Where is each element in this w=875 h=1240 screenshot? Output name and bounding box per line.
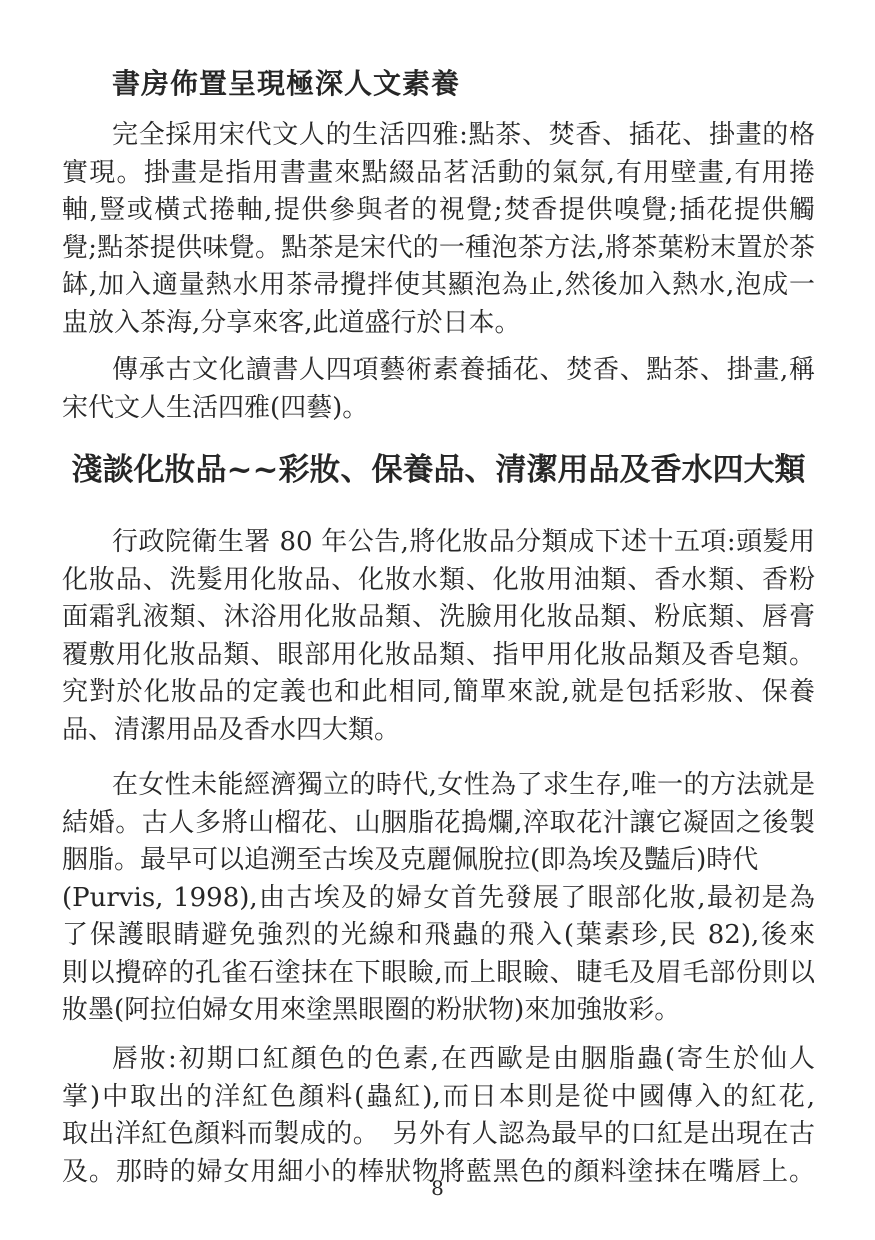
text-line: 覆敷用化妝品類、眼部用化妝品類、指甲用化妝品類及香皂類。本研 bbox=[62, 637, 815, 675]
text-line: 宋代文人生活四雅(四藝)。 bbox=[62, 390, 815, 428]
text-line: 品、清潔用品及香水四大類。 bbox=[62, 712, 815, 750]
text-line: 面霜乳液類、沐浴用化妝品類、洗臉用化妝品類、粉底類、唇膏類、 bbox=[62, 599, 815, 637]
text-line: 化妝品、洗髮用化妝品、化妝水類、化妝用油類、香水類、香粉類、 bbox=[62, 562, 815, 600]
paragraph-four-graces: 完全採用宋代文人的生活四雅:點茶、焚香、插花、掛畫的格局 實現。掛畫是指用書畫來… bbox=[62, 117, 815, 342]
text-line: 行政院衛生署 80 年公告,將化妝品分類成下述十五項:頭髮用 bbox=[62, 524, 815, 562]
text-line: 缽,加入適量熱水用茶帚攪拌使其顯泡為止,然後加入熱水,泡成一 bbox=[62, 267, 815, 305]
text-line: 則以攪碎的孔雀石塗抹在下眼瞼,而上眼瞼、睫毛及眉毛部份則以化 bbox=[62, 955, 815, 993]
paragraph-lip-makeup: 唇妝:初期口紅顏色的色素,在西歐是由胭脂蟲(寄生於仙人 掌)中取出的洋紅色顏料(… bbox=[62, 1041, 815, 1191]
text-line: 完全採用宋代文人的生活四雅:點茶、焚香、插花、掛畫的格局 bbox=[62, 117, 815, 155]
paragraph-makeup-history: 在女性未能經濟獨立的時代,女性為了求生存,唯一的方法就是 結婚。古人多將山榴花、… bbox=[62, 767, 815, 1030]
text-line: 盅放入茶海,分享來客,此道盛行於日本。 bbox=[62, 305, 815, 343]
text-line: 了保護眼睛避免強烈的光線和飛蟲的飛入(葉素珍,民 82),後來 bbox=[62, 917, 815, 955]
text-line: 取出洋紅色顏料而製成的。 另外有人認為最早的口紅是出現在古埃 bbox=[62, 1116, 815, 1154]
text-line: 胭脂。最早可以追溯至古埃及克麗佩脫拉(即為埃及豔后)時代 bbox=[62, 842, 815, 880]
text-line: 結婚。古人多將山榴花、山胭脂花搗爛,淬取花汁讓它凝固之後製成 bbox=[62, 805, 815, 843]
text-line: 覺;點茶提供味覺。點茶是宋代的一種泡茶方法,將茶葉粉末置於茶 bbox=[62, 230, 815, 268]
heading-cosmetics: 淺談化妝品~~彩妝、保養品、清潔用品及香水四大類 bbox=[62, 444, 815, 489]
text-line: 傳承古文化讀書人四項藝術素養插花、焚香、點茶、掛畫,稱為 bbox=[62, 352, 815, 390]
text-line: 實現。掛畫是指用書畫來點綴品茗活動的氣氛,有用壁畫,有用捲 bbox=[62, 155, 815, 193]
paragraph-four-arts-summary: 傳承古文化讀書人四項藝術素養插花、焚香、點茶、掛畫,稱為 宋代文人生活四雅(四藝… bbox=[62, 352, 815, 427]
document-page: 書房佈置呈現極深人文素養 完全採用宋代文人的生活四雅:點茶、焚香、插花、掛畫的格… bbox=[0, 0, 875, 1240]
text-line: 妝墨(阿拉伯婦女用來塗黑眼圈的粉狀物)來加強妝彩。 bbox=[62, 992, 815, 1030]
page-number: 8 bbox=[0, 1176, 875, 1200]
text-line: 軸,豎或橫式捲軸,提供參與者的視覺;焚香提供嗅覺;插花提供觸 bbox=[62, 192, 815, 230]
text-line: 究對於化妝品的定義也和此相同,簡單來說,就是包括彩妝、保養 bbox=[62, 674, 815, 712]
text-line: 唇妝:初期口紅顏色的色素,在西歐是由胭脂蟲(寄生於仙人 bbox=[62, 1041, 815, 1079]
text-line: (Purvis, 1998),由古埃及的婦女首先發展了眼部化妝,最初是為 bbox=[62, 880, 815, 918]
text-line: 掌)中取出的洋紅色顏料(蟲紅),而日本則是從中國傳入的紅花, bbox=[62, 1079, 815, 1117]
paragraph-cosmetics-classification: 行政院衛生署 80 年公告,將化妝品分類成下述十五項:頭髮用 化妝品、洗髮用化妝… bbox=[62, 524, 815, 749]
heading-study-room: 書房佈置呈現極深人文素養 bbox=[112, 62, 460, 102]
text-line: 在女性未能經濟獨立的時代,女性為了求生存,唯一的方法就是 bbox=[62, 767, 815, 805]
